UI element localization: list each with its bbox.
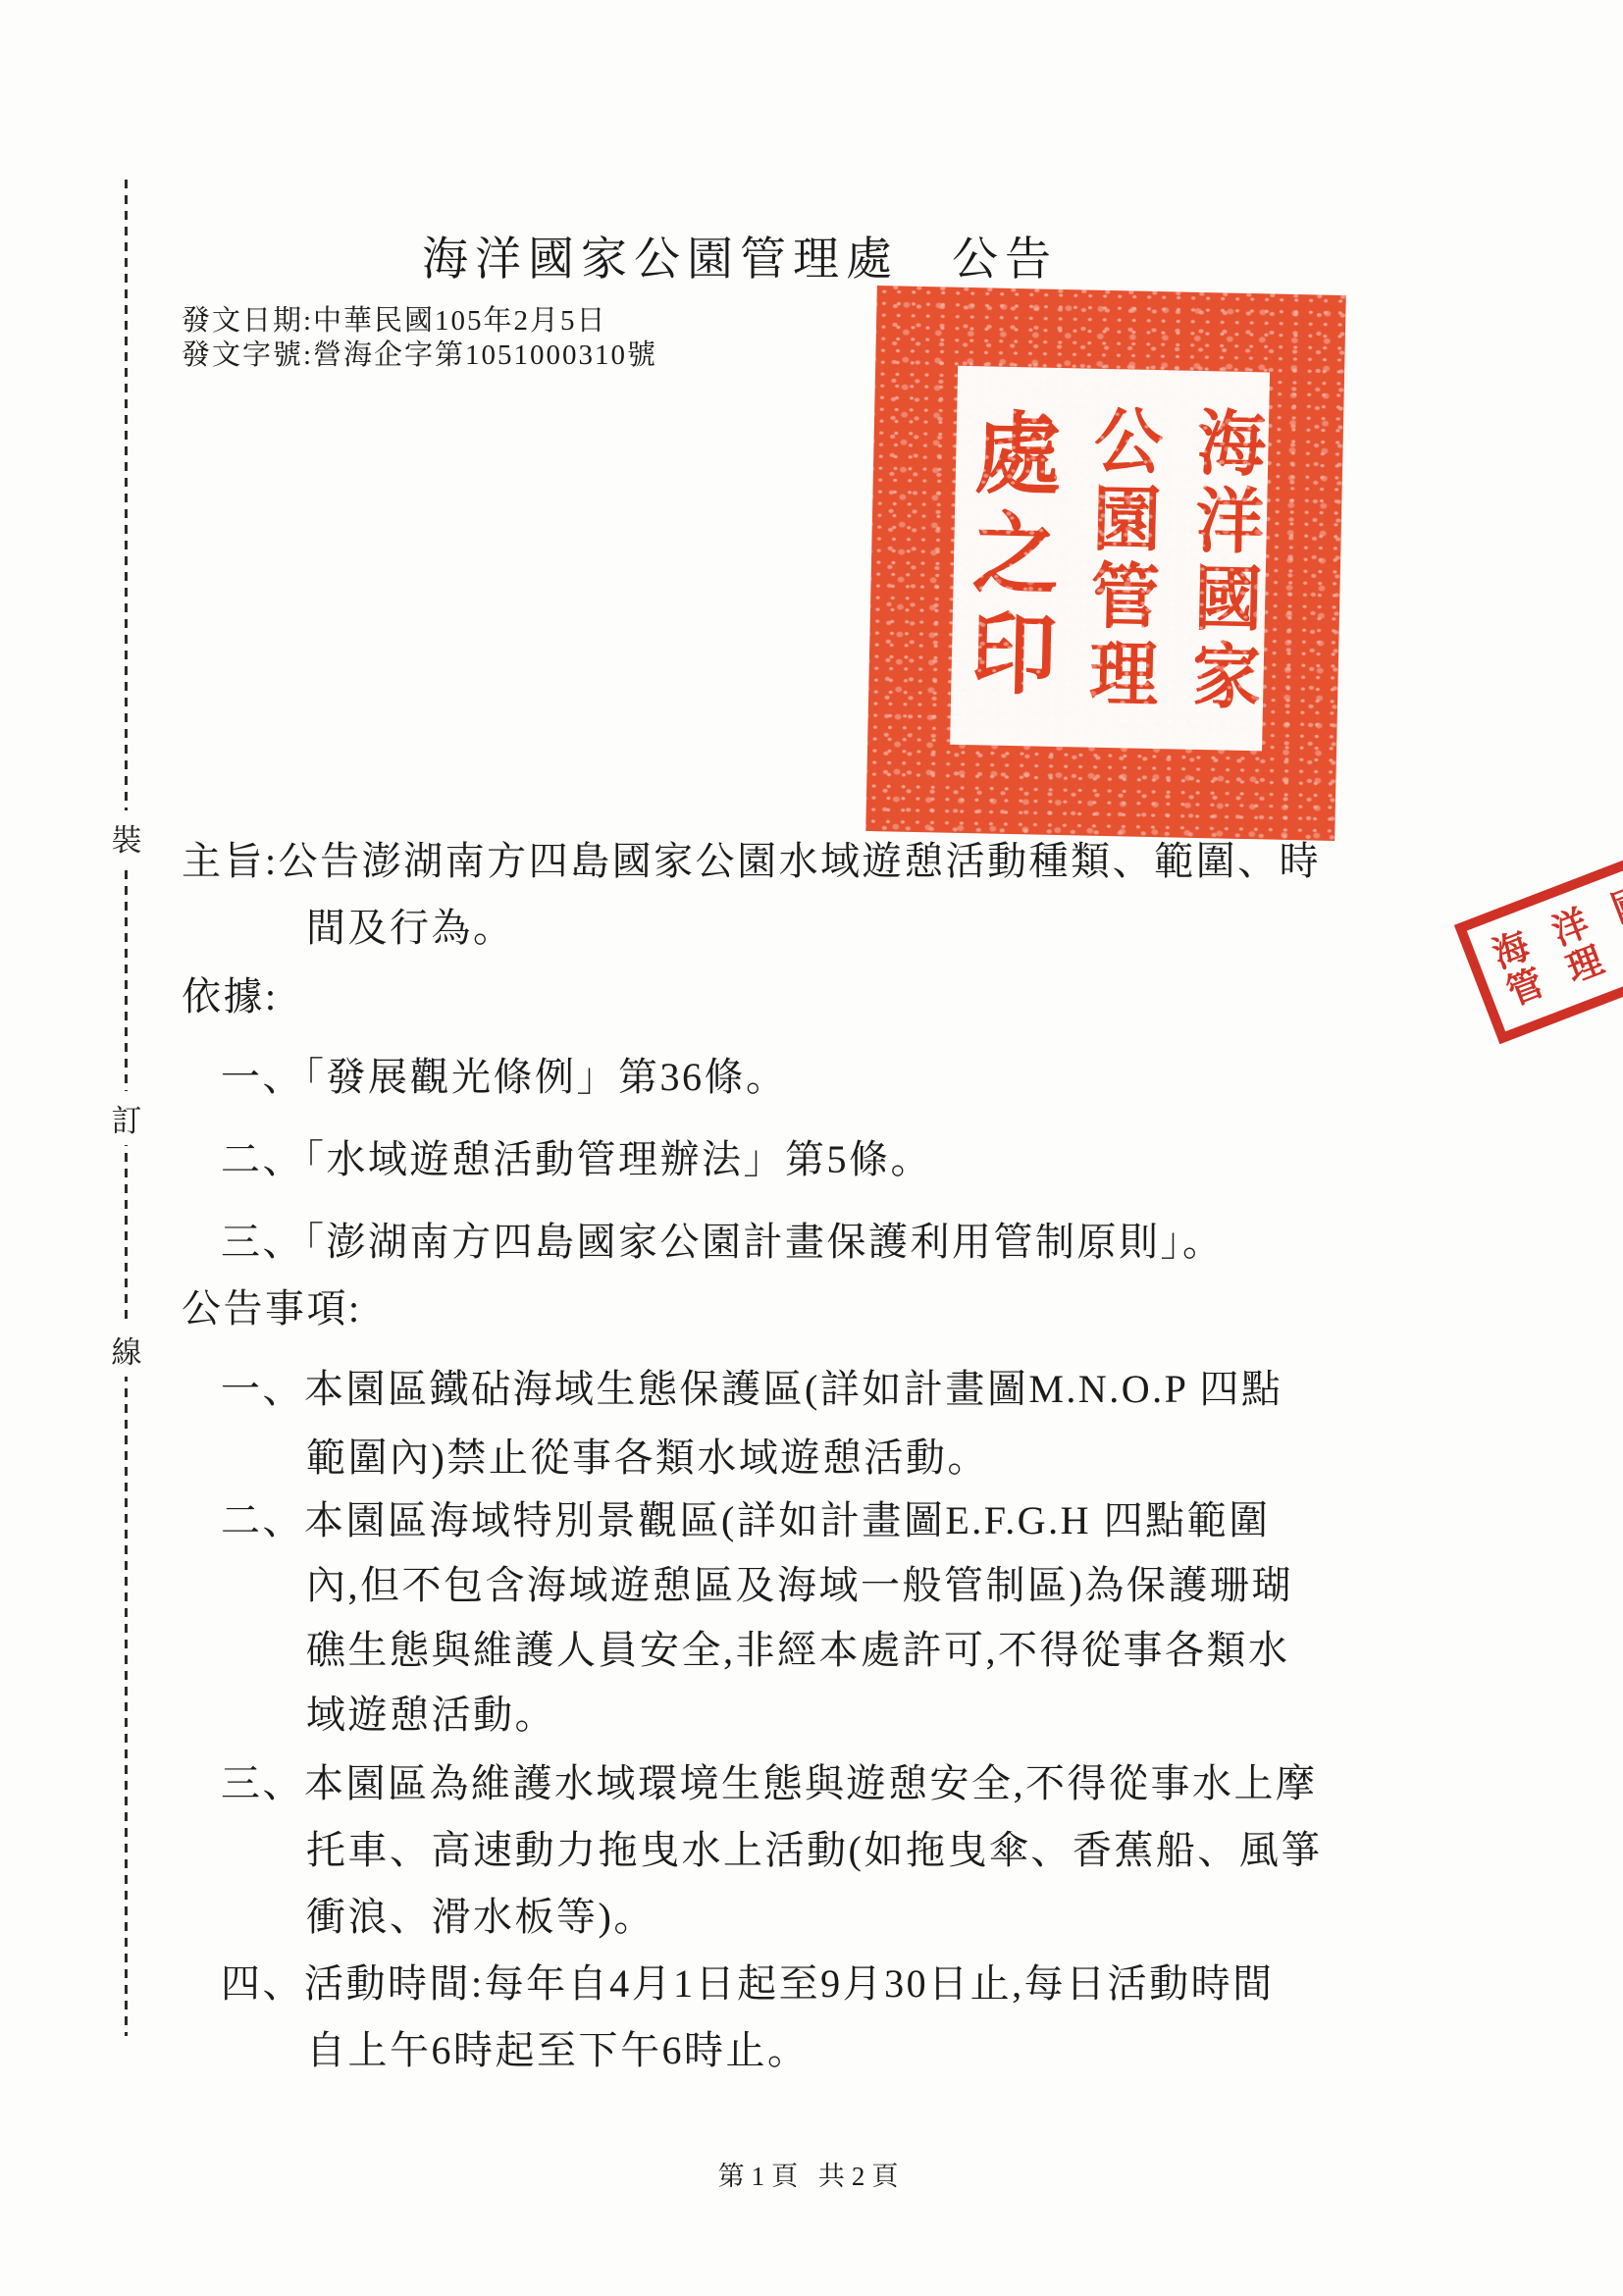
partial-seal-column-right: 國家: [1604, 880, 1623, 967]
announcement-3-line-1: 三、本園區為維護水域環境生態與遊憩安全,不得從事水上摩: [221, 1762, 1318, 1805]
announcement-2-line-3: 礁生態與維護人員安全,非經本處許可,不得從事各類水: [306, 1629, 1290, 1672]
binding-mark-xian: 線: [106, 1323, 147, 1377]
announcement-4-line-2: 自上午6時起至下午6時止。: [306, 2029, 810, 2072]
document-title: 海洋國家公園管理處 公告: [422, 235, 1058, 287]
subject-line-2: 間及行為。: [306, 907, 515, 950]
seal-column-right: 海洋國家: [1184, 405, 1260, 717]
announcement-3-line-3: 衝浪、滑水板等)。: [306, 1896, 655, 1939]
announcement-1-line-2: 範圍內)禁止從事各類水域遊憩活動。: [306, 1436, 989, 1480]
partial-seal-column-left: 海管: [1485, 926, 1546, 1014]
announcement-2-line-4: 域遊憩活動。: [306, 1694, 556, 1737]
partial-seal-stamp: 國家 洋理 海管: [1454, 850, 1623, 1044]
agency-seal-face: 海洋國家 公園管理 處之印: [950, 366, 1270, 752]
basis-item-1: 一、「發展觀光條例」第36條。: [221, 1056, 788, 1099]
basis-item-3: 三、「澎湖南方四島國家公園計畫保護利用管制原則」。: [221, 1221, 1225, 1264]
binding-mark-ding: 訂: [106, 1091, 147, 1145]
doc-number-line: 發文字號:營海企字第1051000310號: [182, 340, 657, 372]
announcement-1-line-1: 一、本園區鐵砧海域生態保護區(詳如計畫圖M.N.O.P 四點: [221, 1368, 1283, 1411]
basis-item-2: 二、「水域遊憩活動管理辦法」第5條。: [221, 1138, 932, 1181]
subject-line-1: 主旨:公告澎湖南方四島國家公園水域遊憩活動種類、範圍、時: [182, 840, 1321, 883]
issue-date-line: 發文日期:中華民國105年2月5日: [182, 306, 607, 338]
announcement-4-line-1: 四、活動時間:每年自4月1日起至9月30日止,每日活動時間: [221, 1962, 1275, 2006]
scanned-announcement-page: 裝 訂 線 海洋國家公園管理處 公告 發文日期:中華民國105年2月5日 發文字…: [0, 0, 1623, 2296]
basis-heading: 依據:: [182, 975, 279, 1018]
announcement-2-line-1: 二、本園區海域特別景觀區(詳如計畫圖E.F.G.H 四點範圍: [221, 1499, 1271, 1542]
announcement-3-line-2: 托車、高速動力拖曳水上活動(如拖曳傘、香蕉船、風箏: [306, 1829, 1323, 1872]
seal-column-middle: 公園管理: [1081, 402, 1157, 714]
seal-column-left: 處之印: [961, 405, 1053, 707]
announcements-heading: 公告事項:: [182, 1287, 362, 1331]
announcement-2-line-2: 內,但不包含海域遊憩區及海域一般管制區)為保護珊瑚: [306, 1564, 1293, 1607]
agency-seal-stamp: 海洋國家 公園管理 處之印: [865, 286, 1346, 841]
partial-seal-column-middle: 洋理: [1544, 904, 1606, 991]
page-number-footer: 第1頁 共2頁: [0, 2163, 1623, 2192]
binding-mark-zhuang: 裝: [106, 810, 147, 864]
